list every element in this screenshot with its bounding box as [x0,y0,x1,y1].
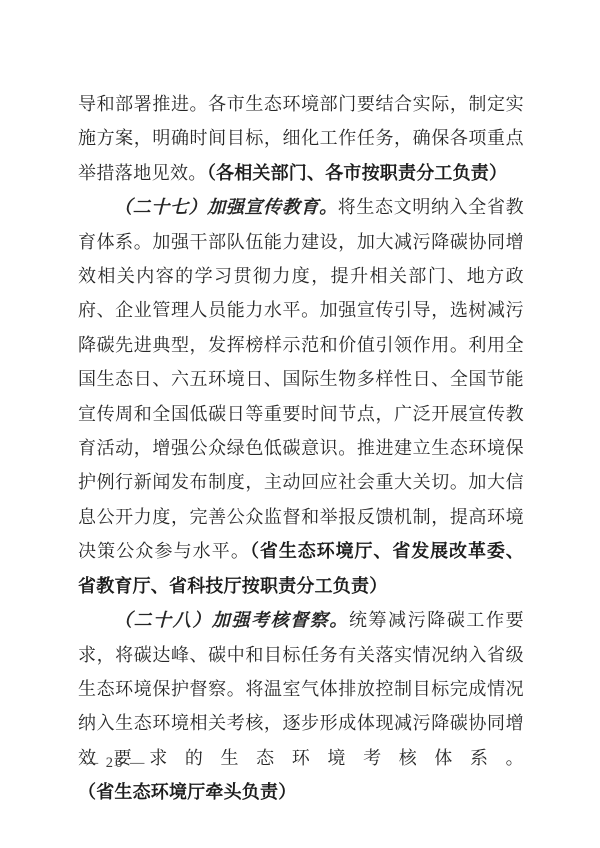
section-heading: （二十八）加强考核督察。 [114,610,349,630]
document-body: 导和部署推进。各市生态环境部门要结合实际，制定实施方案，明确时间目标，细化工作任… [78,87,524,810]
paragraph-text: 将生态文明纳入全省教育体系。加强干部队伍能力建设，加大减污降碳协同增效相关内容的… [78,197,524,561]
paragraph-section-28: （二十八）加强考核督察。统筹减污降碳工作要求，将碳达峰、碳中和目标任务有关落实情… [78,603,524,809]
responsibility-attribution: （各相关部门、各市按职责分工负责） [207,163,507,183]
responsibility-attribution: （省生态环境厅牵头负责） [78,782,296,802]
document-page: 导和部署推进。各市生态环境部门要结合实际，制定实施方案，明确时间目标，细化工作任… [0,0,600,848]
paragraph-text: 统筹减污降碳工作要求，将碳达峰、碳中和目标任务有关落实情况纳入省级生态环境保护督… [78,610,524,768]
paragraph-continuation: 导和部署推进。各市生态环境部门要结合实际，制定实施方案，明确时间目标，细化工作任… [78,87,524,190]
paragraph-section-27: （二十七）加强宣传教育。将生态文明纳入全省教育体系。加强干部队伍能力建设，加大减… [78,190,524,603]
section-heading: （二十七）加强宣传教育。 [114,197,338,217]
page-number: — 26 — [70,755,160,772]
